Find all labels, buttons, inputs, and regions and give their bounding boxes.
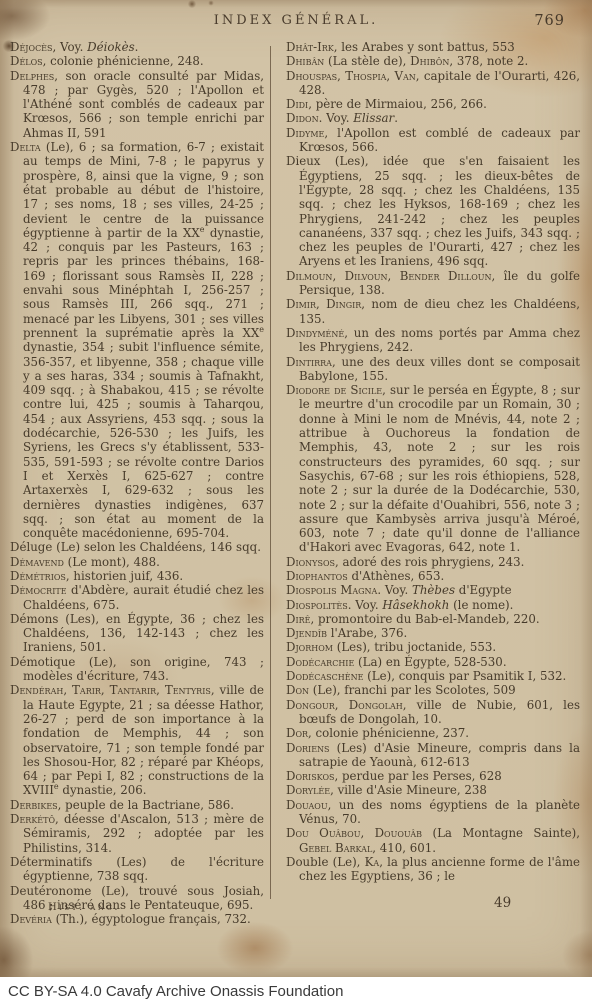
index-entry: Dintirra, une des deux villes dont se co… — [286, 355, 580, 384]
entry-headword: Dor — [286, 726, 308, 740]
page-header-title: INDEX GÉNÉRAL. — [0, 13, 592, 28]
page-number: 769 — [534, 13, 565, 29]
entry-headword: Djendîb — [286, 626, 327, 640]
entry-headword: Dirê — [286, 612, 310, 626]
entry-headword: Djorhom — [286, 640, 333, 654]
index-entry: Delta (Le), 6 ; sa formation, 6-7 ; exis… — [10, 140, 264, 540]
entry-headword: Démocrite — [10, 583, 67, 597]
entry-headword: Dindyméné — [286, 326, 344, 340]
index-entry: Didyme, l'Apollon est comblé de cadeaux … — [286, 126, 580, 155]
index-entry: Doriens (Les) d'Asie Mineure, compris da… — [286, 741, 580, 770]
entry-headword: Dhouspas — [286, 69, 337, 83]
index-entry: Dieux (Les), idée que s'en faisaient les… — [286, 154, 580, 268]
attribution-bar: CC BY-SA 4.0 Cavafy Archive Onassis Foun… — [0, 977, 592, 1005]
entry-headword: Dhât-Irk — [286, 40, 334, 54]
index-column-left: Déjocès, Voy. Déiokès.Délos, colonie phé… — [10, 40, 264, 926]
index-entry: Didon. Voy. Elissar. — [286, 111, 580, 125]
index-entry: Dorylée, ville d'Asie Mineure, 238 — [286, 783, 580, 797]
index-entry: Démotique (Le), son origine, 743 ; modèl… — [10, 655, 264, 684]
index-entry: Double (Le), Ka, la plus ancienne forme … — [286, 855, 580, 884]
entry-headword: Déterminatifs — [10, 855, 92, 869]
signature-mark: Hist. anc. — [48, 902, 120, 913]
entry-headword: Derkétô — [10, 812, 55, 826]
index-entry: Dionysos, adoré des rois phrygiens, 243. — [286, 555, 580, 569]
entry-headword: Dodécaschène — [286, 669, 363, 683]
index-entry: Djendîb l'Arabe, 376. — [286, 626, 580, 640]
index-entry: Dhouspas, Thospia, Van, capitale de l'Ou… — [286, 69, 580, 98]
entry-headword: Diospolitès — [286, 598, 348, 612]
entry-headword: Déluge — [10, 540, 52, 554]
entry-headword: Dou Ouâbou — [286, 826, 360, 840]
entry-headword: Dongour — [286, 698, 335, 712]
index-entry: Dilmoun, Dilvoun, Bender Dilloun, île du… — [286, 269, 580, 298]
entry-headword: Démavend — [10, 555, 64, 569]
index-entry: Déluge (Le) selon les Chaldéens, 146 sqq… — [10, 540, 264, 554]
entry-headword: Didi — [286, 97, 308, 111]
index-entry: Démocrite d'Abdère, aurait étudié chez l… — [10, 583, 264, 612]
entry-headword: Démétrios — [10, 569, 66, 583]
entry-headword: Délos — [10, 54, 43, 68]
index-entry: Dongour, Dongolah, ville de Nubie, 601, … — [286, 698, 580, 727]
index-column-right: Dhât-Irk, les Arabes y sont battus, 553D… — [286, 40, 580, 926]
index-entry: Déterminatifs (Les) de l'écriture égypti… — [10, 855, 264, 884]
index-entry: Dhât-Irk, les Arabes y sont battus, 553 — [286, 40, 580, 54]
index-entry: Délos, colonie phénicienne, 248. — [10, 54, 264, 68]
entry-headword: Devéria — [10, 912, 52, 926]
entry-headword: Doriens — [286, 741, 330, 755]
book-page-scan: INDEX GÉNÉRAL. 769 Déjocès, Voy. Déiokès… — [0, 0, 592, 977]
entry-headword: Dilmoun — [286, 269, 332, 283]
entry-headword: Double — [286, 855, 328, 869]
index-entry: Derkétô, déesse d'Ascalon, 513 ; mère de… — [10, 812, 264, 855]
index-entry: Démons (Les), en Égypte, 36 ; chez les C… — [10, 612, 264, 655]
index-entry: Démavend (Le mont), 488. — [10, 555, 264, 569]
entry-headword: Déjocès — [10, 40, 53, 54]
index-entry: Delphes, son oracle consulté par Midas, … — [10, 69, 264, 140]
entry-headword: Diophantos — [286, 569, 348, 583]
running-header: INDEX GÉNÉRAL. 769 — [0, 13, 592, 35]
index-entry: Don (Le), franchi par les Scolotes, 509 — [286, 683, 580, 697]
index-entry: Derbikes, peuple de la Bactriane, 586. — [10, 798, 264, 812]
sheet-number: 49 — [494, 895, 511, 911]
license-text: CC BY-SA 4.0 Cavafy Archive Onassis Foun… — [8, 983, 343, 1000]
index-entry: Dendérah, Tarir, Tantarir, Tentyris, vil… — [10, 683, 264, 797]
entry-headword: Derbikes — [10, 798, 58, 812]
index-entry: Démétrios, historien juif, 436. — [10, 569, 264, 583]
index-entry: Dou Ouâbou, Dououâb (La Montagne Sainte)… — [286, 826, 580, 855]
entry-headword: Démotique — [10, 655, 75, 669]
entry-headword: Douaou — [286, 798, 328, 812]
index-entry: Douaou, un des noms égyptiens de la plan… — [286, 798, 580, 827]
entry-headword: Dorylée — [286, 783, 330, 797]
index-entry: Dhibân (La stèle de), Dhibôn, 378, note … — [286, 54, 580, 68]
entry-headword: Deutéronome — [10, 884, 91, 898]
entry-headword: Didyme — [286, 126, 324, 140]
entry-headword: Don — [286, 683, 309, 697]
index-entry: Djorhom (Les), tribu joctanide, 553. — [286, 640, 580, 654]
index-entry: Diodore de Sicile, sur le perséa en Égyp… — [286, 383, 580, 555]
index-entry: Dodécaschène (Le), conquis par Psamitik … — [286, 669, 580, 683]
entry-headword: Doriskos — [286, 769, 334, 783]
entry-headword: Démons — [10, 612, 58, 626]
entry-headword: Diodore de Sicile — [286, 383, 382, 397]
index-entry: Diospolitès. Voy. Hâsekhokh (le nome). — [286, 598, 580, 612]
entry-headword: Dodécarchie — [286, 655, 354, 669]
index-entry: Devéria (Th.), égyptologue français, 732… — [10, 912, 264, 926]
entry-headword: Dionysos — [286, 555, 335, 569]
index-entry: Dirê, promontoire du Bab-el-Mandeb, 220. — [286, 612, 580, 626]
index-entry: Déjocès, Voy. Déiokès. — [10, 40, 264, 54]
index-entry: Dimir, Dingir, nom de dieu chez les Chal… — [286, 297, 580, 326]
entry-headword: Delta — [10, 140, 41, 154]
index-columns: Déjocès, Voy. Déiokès.Délos, colonie phé… — [10, 40, 580, 926]
entry-headword: Dendérah — [10, 683, 63, 697]
index-entry: Diospolis Magna. Voy. Thèbes d'Egypte — [286, 583, 580, 597]
entry-headword: Dhibân — [286, 54, 324, 68]
index-entry: Diophantos d'Athènes, 653. — [286, 569, 580, 583]
entry-headword: Delphes — [10, 69, 54, 83]
entry-headword: Dintirra — [286, 355, 332, 369]
entry-headword: Dimir — [286, 297, 316, 311]
entry-headword: Diospolis Magna — [286, 583, 377, 597]
entry-headword: Dieux — [286, 154, 320, 168]
index-entry: Dindyméné, un des noms portés par Amma c… — [286, 326, 580, 355]
entry-headword: Didon — [286, 111, 319, 125]
index-entry: Dor, colonie phénicienne, 237. — [286, 726, 580, 740]
index-entry: Dodécarchie (La) en Égypte, 528-530. — [286, 655, 580, 669]
index-entry: Didi, père de Mirmaiou, 256, 266. — [286, 97, 580, 111]
index-entry: Doriskos, perdue par les Perses, 628 — [286, 769, 580, 783]
